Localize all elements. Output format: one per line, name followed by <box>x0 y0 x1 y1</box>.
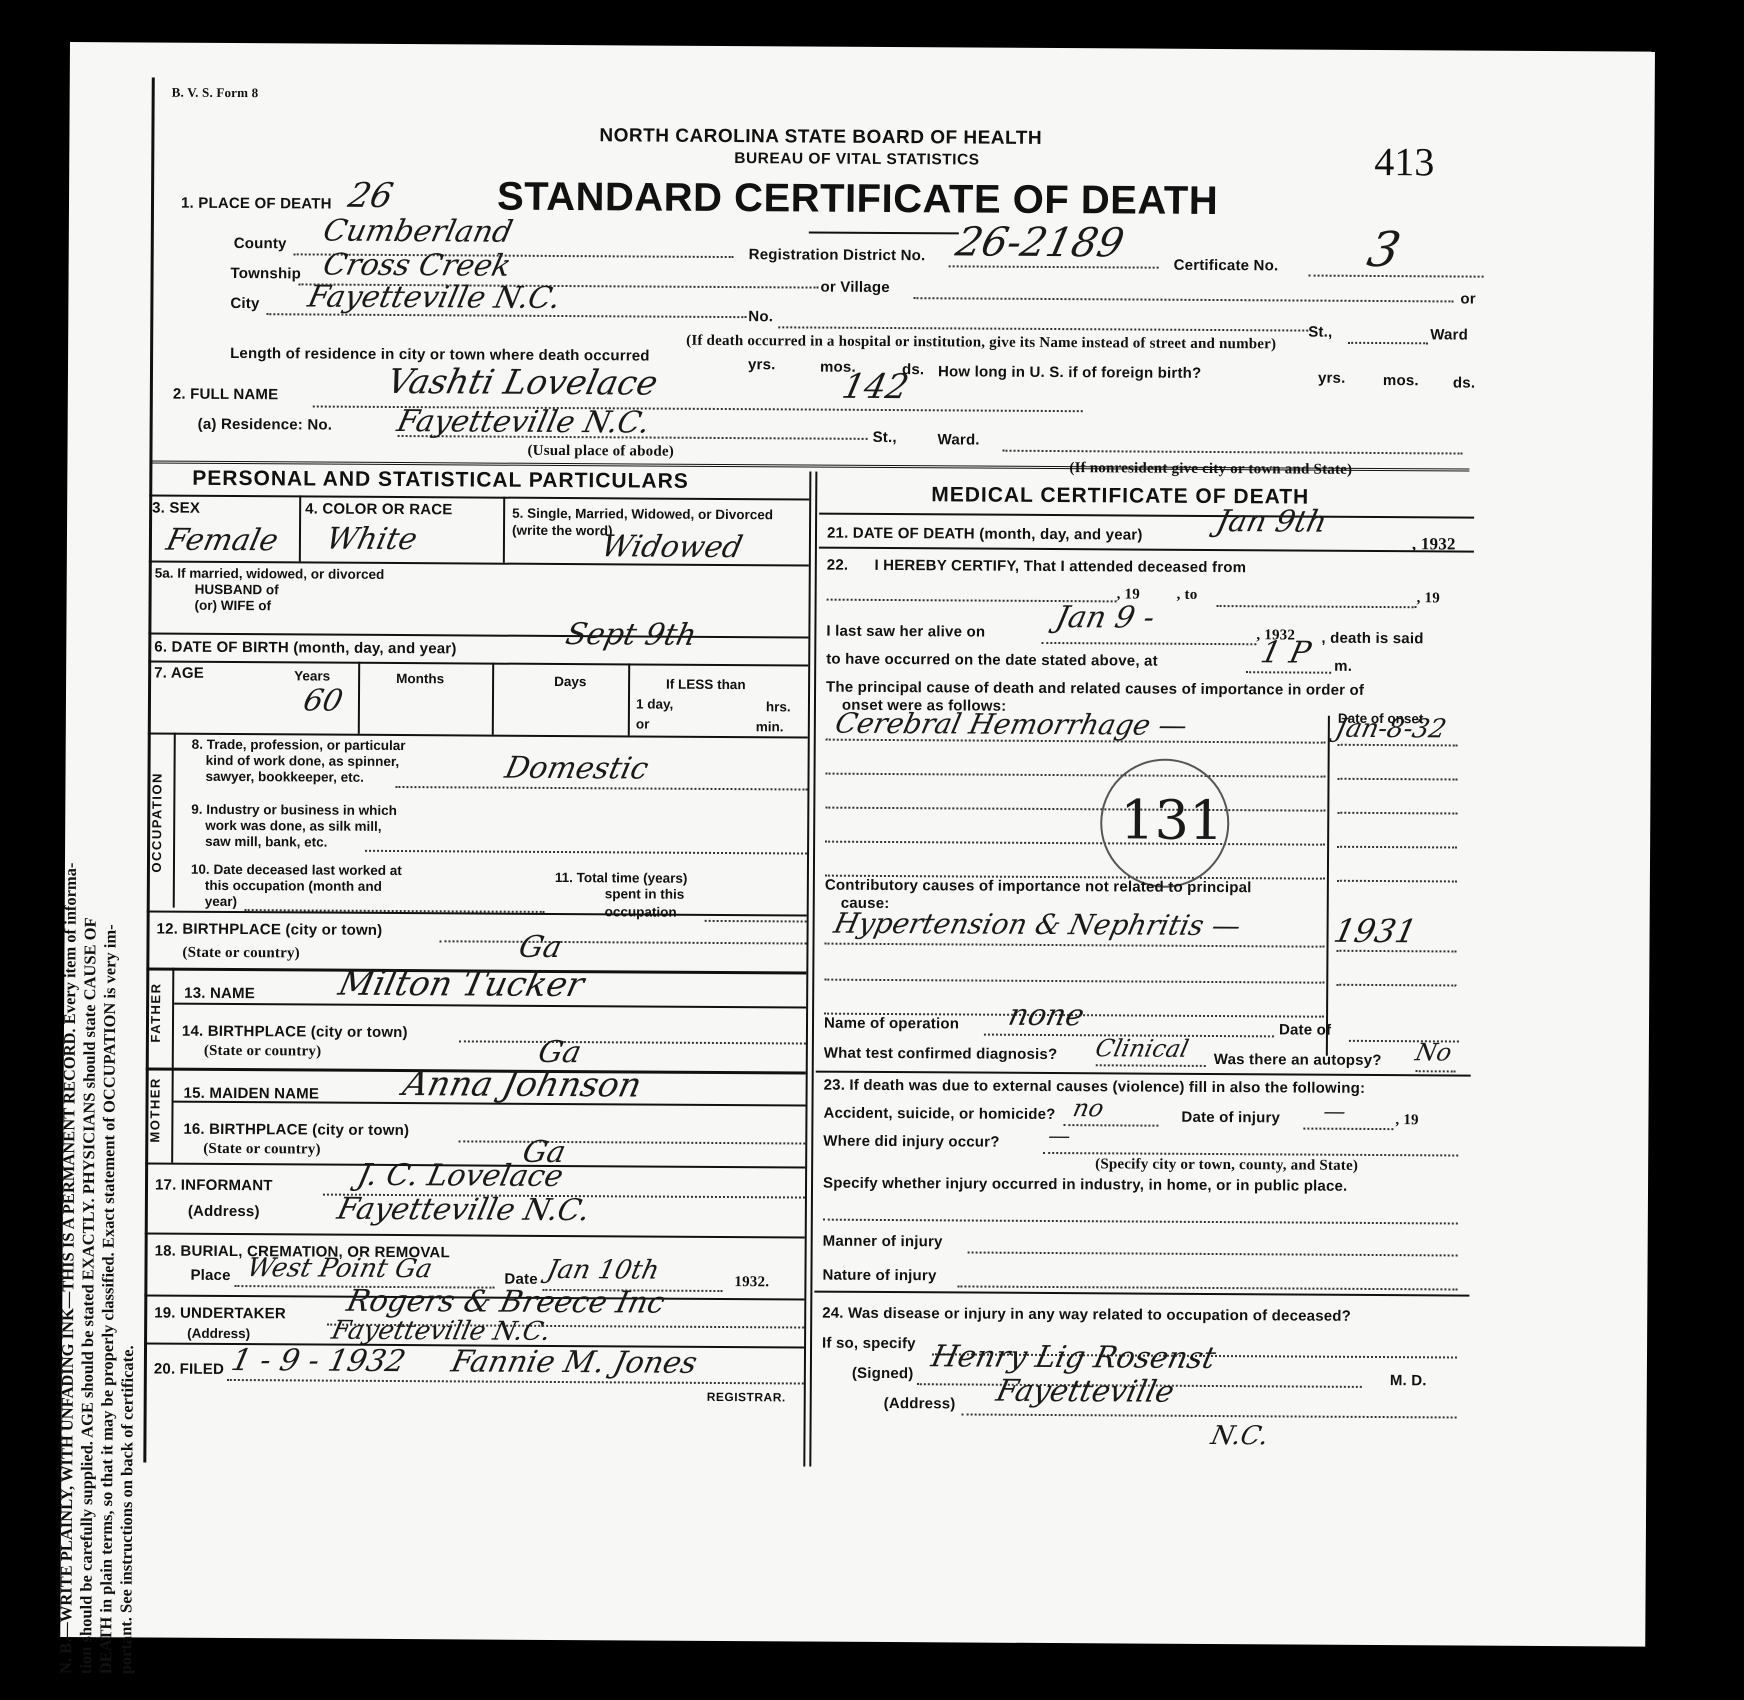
age-years-value: 60 <box>300 683 346 718</box>
filed-label: 20. FILED <box>154 1361 224 1378</box>
occupation-related-label: 24. Was disease or injury in any way rel… <box>822 1305 1351 1325</box>
birthplace-state-label: (State or country) <box>182 945 300 963</box>
form-id: B. V. S. Form 8 <box>172 85 259 102</box>
birthplace-label: 12. BIRTHPLACE (city or town) <box>157 921 383 939</box>
village-label: or Village <box>820 279 889 296</box>
test-label: What test confirmed diagnosis? <box>824 1045 1058 1063</box>
residence-yrs-label: yrs. <box>748 356 776 373</box>
dod-value: Jan 9th <box>1213 504 1330 540</box>
burial-year: 1932. <box>734 1274 769 1291</box>
where-injury-label: Where did injury occur? <box>823 1133 999 1151</box>
bureau-name: BUREAU OF VITAL STATISTICS <box>734 150 979 169</box>
last-saw-value: Jan 9 - <box>1053 600 1158 636</box>
trade-label-3: sawyer, bookkeeper, etc. <box>205 768 363 786</box>
informant-address-label: (Address) <box>188 1203 260 1220</box>
contrib-cause-value: Hypertension & Nephritis — <box>831 907 1244 942</box>
hospital-note: (If death occurred in a hospital or inst… <box>686 333 1276 354</box>
or-min-label: or <box>636 715 650 732</box>
spouse-label-1: 5a. If married, widowed, or divorced <box>155 565 385 583</box>
filed-date-value: 1 - 9 - 1932 <box>228 1343 409 1379</box>
race-value: White <box>323 522 420 558</box>
full-name-value: Vashti Lovelace <box>384 362 662 404</box>
md-label: M. D. <box>1390 1372 1427 1389</box>
accident-value: no <box>1070 1094 1106 1122</box>
specify-city-note: (Specify city or town, county, and State… <box>1095 1156 1358 1175</box>
if-so-label: If so, specify <box>822 1335 916 1353</box>
principal-cause-value: Cerebral Hemorrhage — <box>832 707 1190 742</box>
informant-address-value: Fayetteville N.C. <box>334 1192 593 1228</box>
registration-district-label: Registration District No. <box>749 246 926 264</box>
mother-name-value: Anna Johnson <box>399 1064 645 1105</box>
foreign-birth-label: How long in U. S. if of foreign birth? <box>938 363 1202 382</box>
autopsy-value: No <box>1413 1038 1455 1066</box>
residence-value: Fayetteville N.C. <box>394 404 653 440</box>
attended-to-label: , to <box>1177 587 1198 604</box>
foreign-yrs-label: yrs. <box>1318 370 1346 387</box>
informant-value: J. C. Lovelace <box>354 1158 566 1194</box>
certificate-value: 3 <box>1363 222 1406 278</box>
occurred-at-label: to have occurred on the date stated abov… <box>826 651 1158 670</box>
sex-label: 3. SEX <box>152 500 200 517</box>
operation-label: Name of operation <box>824 1015 959 1033</box>
full-name-annotation: 142 <box>839 367 913 407</box>
or-label: or <box>1460 290 1476 307</box>
page-title: STANDARD CERTIFICATE OF DEATH <box>497 175 1218 224</box>
burial-date-value: Jan 10th <box>544 1255 662 1286</box>
sex-value: Female <box>163 523 281 559</box>
physician-address-value: Fayetteville <box>993 1374 1177 1410</box>
specify-whether-label: Specify whether injury occurred in indus… <box>823 1175 1348 1195</box>
age-months-label: Months <box>396 670 444 687</box>
residence-st-label: St., <box>873 429 897 446</box>
age-label: 7. AGE <box>154 665 204 682</box>
autopsy-label: Was there an autopsy? <box>1214 1051 1382 1069</box>
registrar-signature: Fannie M. Jones <box>448 1344 700 1380</box>
spouse-label-3: (or) WIFE of <box>195 597 272 614</box>
cause-label-1: The principal cause of death and related… <box>826 679 1364 699</box>
certificate-label: Certificate No. <box>1174 257 1279 275</box>
abode-note: (Usual place of abode) <box>527 443 674 461</box>
father-name-label: 13. NAME <box>184 985 255 1002</box>
code-stamp-value: 131 <box>1120 788 1223 852</box>
contrib-onset-value: 1931 <box>1330 912 1420 950</box>
principal-onset-value: Jan-8-32 <box>1333 714 1449 745</box>
total-time-label-2: spent in this <box>605 885 685 902</box>
father-name-value: Milton Tucker <box>335 964 588 1005</box>
marital-value: Widowed <box>598 529 745 565</box>
signed-label: (Signed) <box>852 1365 914 1382</box>
county-value: Cumberland <box>320 214 516 250</box>
certify-label: 22. I HEREBY CERTIFY, That I attended de… <box>827 557 1246 577</box>
stamp-number: 413 <box>1374 138 1434 185</box>
informant-label: 17. INFORMANT <box>155 1177 273 1195</box>
accident-label: Accident, suicide, or homicide? <box>823 1105 1055 1123</box>
dod-label: 21. DATE OF DEATH (month, day, and year) <box>827 525 1143 544</box>
dob-value: Sept 9th <box>563 617 700 653</box>
mother-birthplace-label: 16. BIRTHPLACE (city or town) <box>183 1121 409 1139</box>
city-value: Fayetteville N.C. <box>305 279 564 315</box>
registration-district-value: 26-2189 <box>952 219 1128 266</box>
operation-value: none <box>1005 998 1087 1033</box>
injury-date-label: Date of injury <box>1181 1109 1280 1127</box>
side-instructions: N. B.—WRITE PLAINLY, WITH UNFADING INK—T… <box>56 114 176 1675</box>
mother-state-label: (State or country) <box>203 1141 321 1159</box>
full-name-label: 2. FULL NAME <box>173 386 279 404</box>
operation-date-label: Date of <box>1279 1021 1331 1038</box>
injury-year: , 19 <box>1395 1112 1418 1129</box>
undertaker-label: 19. UNDERTAKER <box>154 1305 286 1323</box>
death-said-label: , death is said <box>1321 630 1423 648</box>
total-time-label-3: occupation <box>605 903 677 920</box>
registrar-label: REGISTRAR. <box>707 1390 786 1404</box>
agency-name: NORTH CAROLINA STATE BOARD OF HEALTH <box>599 125 1042 150</box>
father-birthplace-label: 14. BIRTHPLACE (city or town) <box>182 1023 408 1041</box>
physician-state-value: N.C. <box>1208 1421 1271 1451</box>
foreign-mos-label: mos. <box>1383 372 1419 389</box>
last-worked-label-3: year) <box>205 893 237 910</box>
city-ward-label: Ward <box>1430 326 1468 343</box>
death-certificate: N. B.—WRITE PLAINLY, WITH UNFADING INK—T… <box>60 42 1655 1647</box>
city-label: City <box>230 295 259 312</box>
trade-value: Domestic <box>502 751 652 787</box>
nature-injury-label: Nature of injury <box>822 1267 936 1285</box>
birthplace-state-value: Ga <box>516 930 566 965</box>
total-time-label-1: 11. Total time (years) <box>555 869 688 887</box>
county-label: County <box>234 235 287 252</box>
township-value: Cross Creek <box>320 248 514 284</box>
injury-date-value: — <box>1321 1100 1348 1125</box>
physician-address-label: (Address) <box>884 1395 956 1412</box>
mother-vertical-label: MOTHER <box>147 1077 162 1142</box>
where-injury-value: — <box>1046 1124 1073 1149</box>
residence-label: (a) Residence: No. <box>198 416 333 434</box>
city-st-label: St., <box>1308 324 1332 341</box>
city-no-label: No. <box>748 308 773 325</box>
dob-label: 6. DATE OF BIRTH (month, day, and year) <box>154 639 456 658</box>
attended-to-19: , 19 <box>1417 590 1440 607</box>
age-days-label: Days <box>554 673 586 690</box>
place-of-death-label: 1. PLACE OF DEATH <box>181 195 332 213</box>
spouse-label-2: HUSBAND of <box>195 581 279 599</box>
contrib-label-1: Contributory causes of importance not re… <box>825 877 1252 897</box>
age-years-label: Years <box>294 667 330 684</box>
title-rule <box>809 232 959 235</box>
column-divider <box>803 472 817 1467</box>
test-value: Clinical <box>1093 1034 1191 1063</box>
physician-signature: Henry Lig Rosenst <box>928 1339 1219 1376</box>
burial-place-value: West Point Ga <box>244 1253 435 1284</box>
one-day-label: 1 day, <box>636 695 673 712</box>
foreign-ds-label: ds. <box>1453 374 1475 391</box>
place-annotation: 26 <box>345 176 397 216</box>
hrs-label: hrs. <box>766 698 791 715</box>
undertaker-address-value: Fayetteville N.C. <box>329 1316 554 1347</box>
less-than-label: If LESS than <box>666 676 746 693</box>
father-state-label: (State or country) <box>204 1043 322 1061</box>
time-m-label: m. <box>1334 658 1352 675</box>
undertaker-address-label: (Address) <box>187 1325 250 1342</box>
manner-injury-label: Manner of injury <box>823 1233 943 1251</box>
personal-heading: PERSONAL AND STATISTICAL PARTICULARS <box>192 467 689 494</box>
residence-ward-label: Ward. <box>938 431 980 448</box>
min-label: min. <box>756 718 784 735</box>
occupation-vertical-label: OCCUPATION <box>149 772 165 873</box>
township-label: Township <box>231 265 302 282</box>
time-of-death: 1 P <box>1257 635 1313 670</box>
father-vertical-label: FATHER <box>148 982 163 1042</box>
last-saw-label: I last saw her alive on <box>826 623 985 641</box>
race-label: 4. COLOR OR RACE <box>305 500 452 518</box>
industry-label-3: saw mill, bank, etc. <box>205 833 327 851</box>
burial-place-label: Place <box>190 1267 230 1284</box>
